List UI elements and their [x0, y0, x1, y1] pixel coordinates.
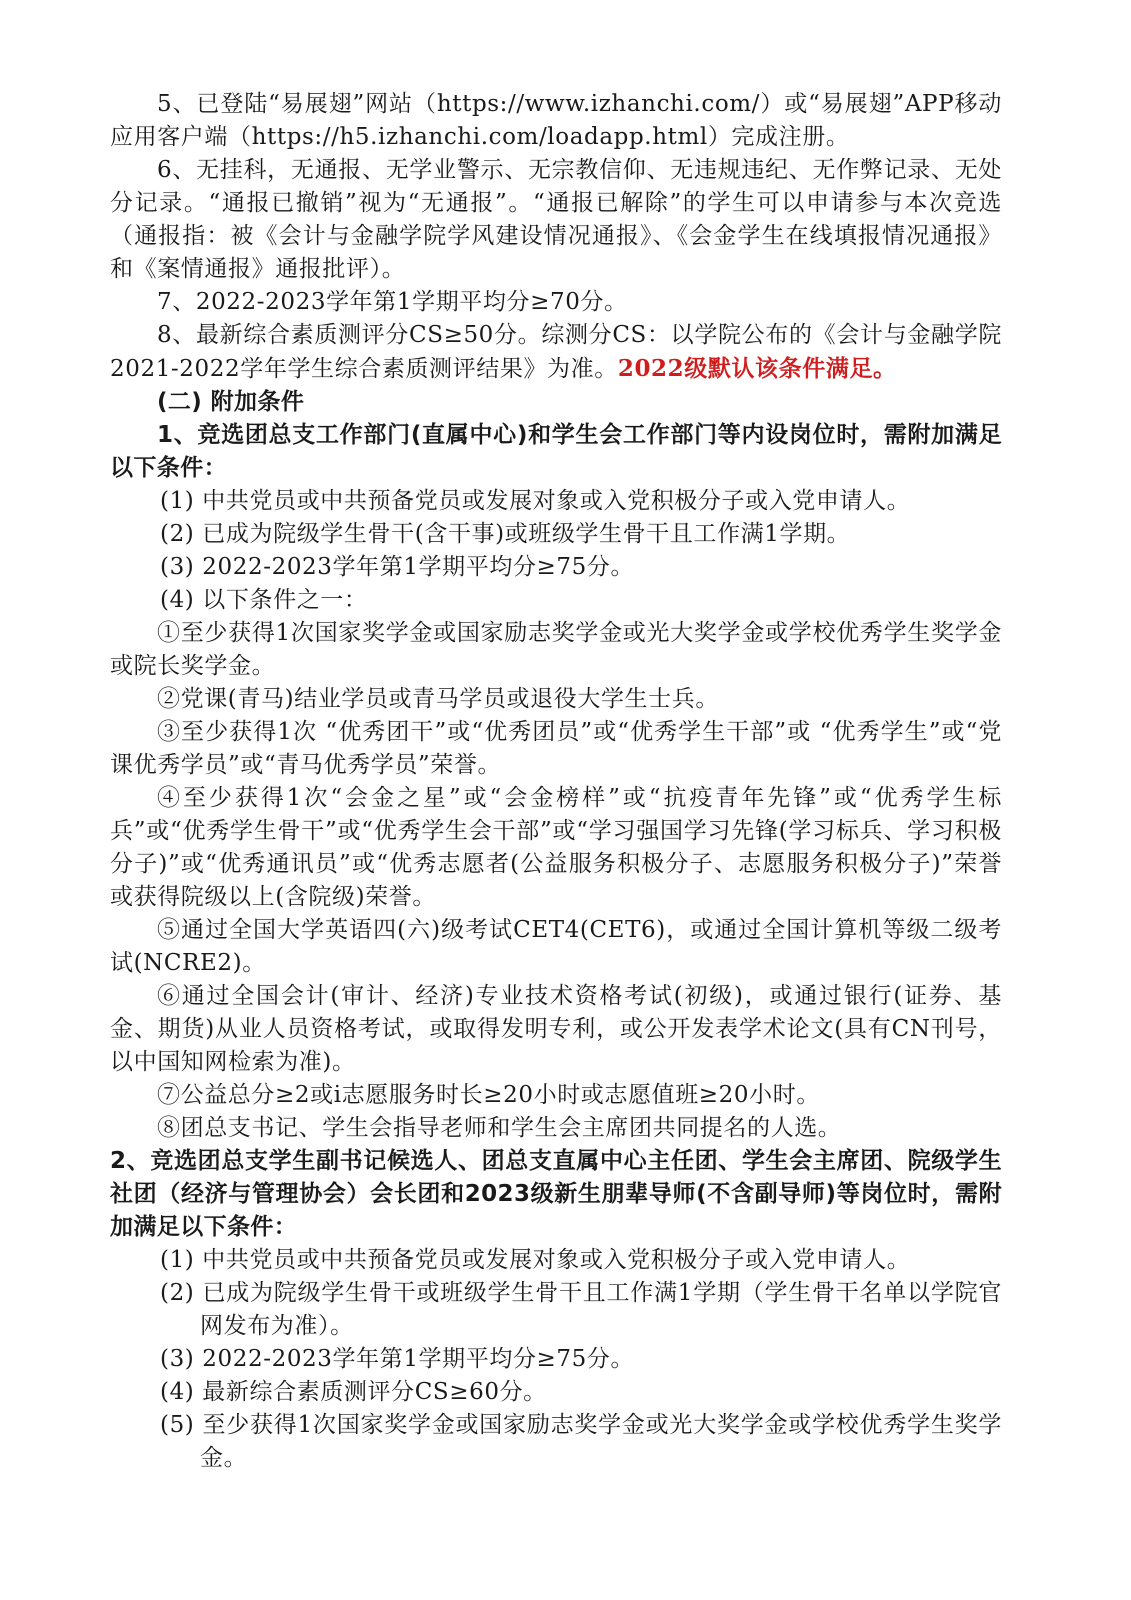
document-page: 5、已登陆“易展翅”网站（https://www.izhanchi.com/）或… [110, 88, 1002, 1475]
group1-subitem-6: ⑥通过全国会计(审计、经济)专业技术资格考试(初级)，或通过银行(证券、基金、期… [110, 980, 1002, 1079]
group1-item-3: (3) 2022-2023学年第1学期平均分≥75分。 [110, 551, 1002, 584]
group2-item-3: (3) 2022-2023学年第1学期平均分≥75分。 [110, 1343, 1002, 1376]
section-two-title: (二) 附加条件 [110, 386, 1002, 419]
group1-subitem-4: ④至少获得1次“会金之星”或“会金榜样”或“抗疫青年先锋”或“优秀学生标兵”或“… [110, 782, 1002, 914]
group1-subitem-7: ⑦公益总分≥2或i志愿服务时长≥20小时或志愿值班≥20小时。 [110, 1079, 1002, 1112]
requirement-5: 5、已登陆“易展翅”网站（https://www.izhanchi.com/）或… [110, 88, 1002, 154]
requirement-8-highlight: 2022级默认该条件满足。 [618, 355, 897, 382]
group1-item-4: (4) 以下条件之一： [110, 584, 1002, 617]
group1-subitem-5: ⑤通过全国大学英语四(六)级考试CET4(CET6)，或通过全国计算机等级二级考… [110, 914, 1002, 980]
group1-item-1: (1) 中共党员或中共预备党员或发展对象或入党积极分子或入党申请人。 [110, 485, 1002, 518]
group1-subitem-1: ①至少获得1次国家奖学金或国家励志奖学金或光大奖学金或学校优秀学生奖学金或院长奖… [110, 617, 1002, 683]
requirement-8: 8、最新综合素质测评分CS≥50分。综测分CS：以学院公布的《会计与金融学院20… [110, 319, 1002, 386]
group1-subitem-2: ②党课(青马)结业学员或青马学员或退役大学生士兵。 [110, 683, 1002, 716]
group1-subitem-8: ⑧团总支书记、学生会指导老师和学生会主席团共同提名的人选。 [110, 1112, 1002, 1145]
group2-item-2: (2) 已成为院级学生骨干或班级学生骨干且工作满1学期（学生骨干名单以学院官网发… [110, 1277, 1002, 1343]
group2-item-5: (5) 至少获得1次国家奖学金或国家励志奖学金或光大奖学金或学校优秀学生奖学金。 [110, 1409, 1002, 1475]
group1-heading: 1、竞选团总支工作部门(直属中心)和学生会工作部门等内设岗位时，需附加满足以下条… [110, 419, 1002, 485]
requirement-7: 7、2022-2023学年第1学期平均分≥70分。 [110, 286, 1002, 319]
group2-item-4: (4) 最新综合素质测评分CS≥60分。 [110, 1376, 1002, 1409]
group1-subitem-3: ③至少获得1次 “优秀团干”或“优秀团员”或“优秀学生干部”或 “优秀学生”或“… [110, 716, 1002, 782]
requirement-6: 6、无挂科，无通报、无学业警示、无宗教信仰、无违规违纪、无作弊记录、无处分记录。… [110, 154, 1002, 286]
group1-item-2: (2) 已成为院级学生骨干(含干事)或班级学生骨干且工作满1学期。 [110, 518, 1002, 551]
group2-item-1: (1) 中共党员或中共预备党员或发展对象或入党积极分子或入党申请人。 [110, 1244, 1002, 1277]
group2-heading: 2、竞选团总支学生副书记候选人、团总支直属中心主任团、学生会主席团、院级学生社团… [110, 1145, 1002, 1244]
